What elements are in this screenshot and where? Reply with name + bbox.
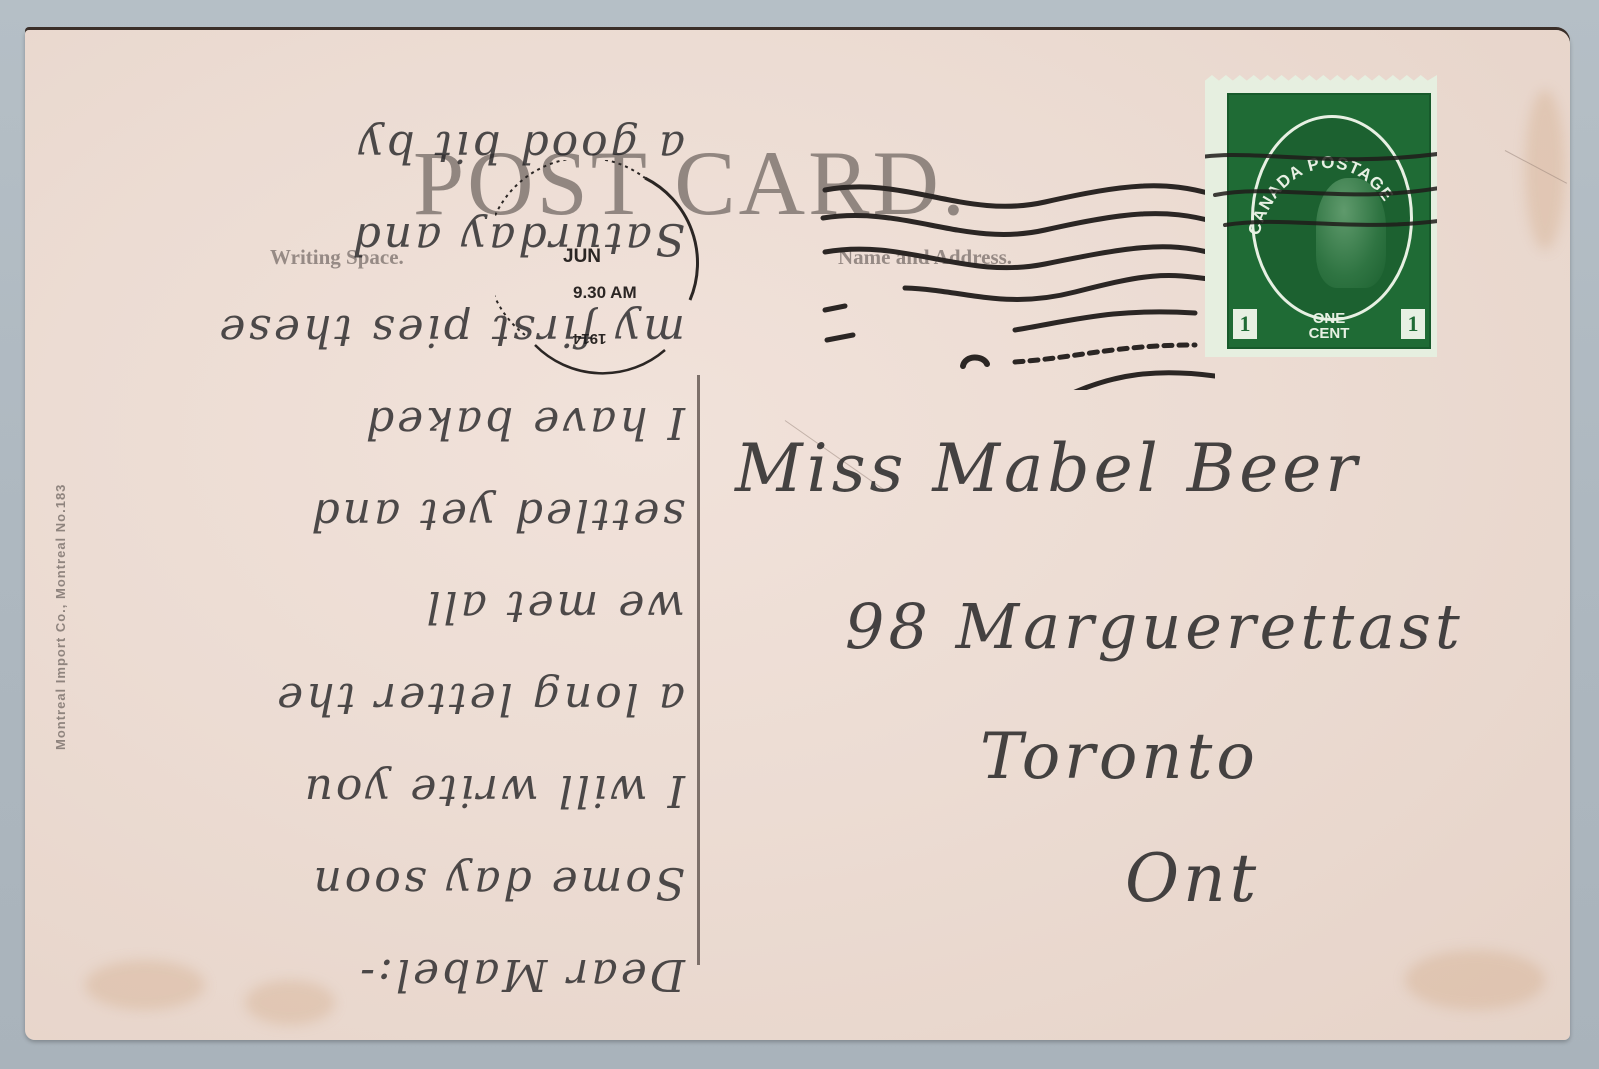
message-line: settled yet and — [45, 468, 685, 560]
message-line: I have baked — [45, 376, 685, 468]
message-line: I will write you — [45, 744, 685, 836]
address-name: Miss Mabel Beer — [735, 430, 1361, 507]
message-line: my first pies these — [45, 284, 685, 376]
address-street: 98 Marguerettast — [845, 590, 1464, 663]
stamp-cancel-lines — [1185, 65, 1445, 355]
age-stain — [1405, 950, 1545, 1010]
message-line: Dear Mabel:- — [45, 928, 685, 1020]
wavy-cancel-lines-icon — [815, 180, 1215, 390]
postage-stamp: CANADA POSTAGE 1 1 ONE CENT — [1205, 75, 1437, 357]
message-line: we met all — [45, 560, 685, 652]
message-line: Saturday and — [45, 192, 685, 284]
message-line: a long letter the — [45, 652, 685, 744]
center-divider — [697, 375, 700, 965]
address-province: Ont — [1125, 840, 1260, 917]
message-line: a good bit by — [45, 100, 685, 192]
message-line: Some day soon — [45, 836, 685, 928]
age-stain — [1525, 90, 1565, 250]
handwritten-message: Dear Mabel:- Some day soon I will write … — [45, 80, 685, 1020]
address-city: Toronto — [980, 720, 1259, 794]
postcard: POST CARD. Writing Space. Name and Addre… — [25, 30, 1570, 1040]
